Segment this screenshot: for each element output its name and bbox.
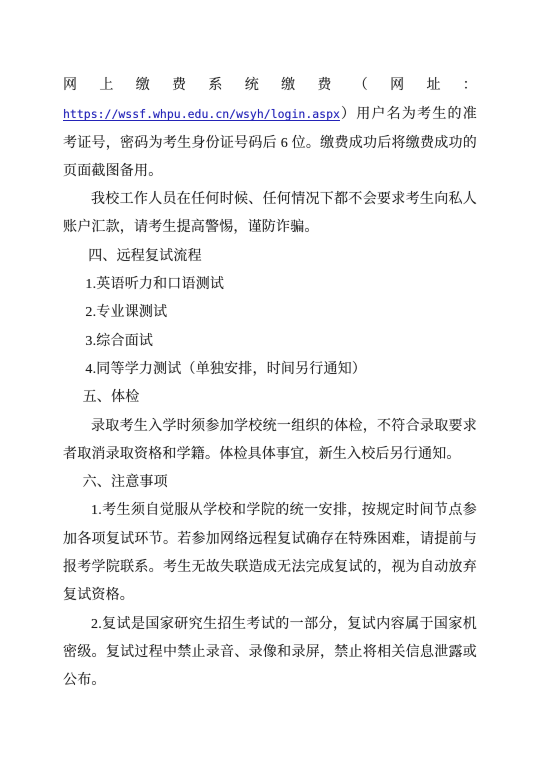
notes-item-1-paragraph: 1.考生须自觉服从学校和学院的统一安排，按规定时间节点参加各项复试环节。若参加网… [63,497,477,610]
document-body: 网上缴费系统缴费（网址：https://wssf.whpu.edu.cn/wsy… [63,72,477,696]
payment-paragraph-text-before-link: 网上缴费系统缴费（网址： [63,78,477,93]
section-5-heading: 五、体检 [63,384,477,412]
remote-interview-step-2: 2.专业课测试 [63,299,477,327]
notes-item-2-paragraph: 2.复试是国家研究生招生考试的一部分，复试内容属于国家机密级。复试过程中禁止录音… [63,611,477,696]
payment-instructions-paragraph: 网上缴费系统缴费（网址：https://wssf.whpu.edu.cn/wsy… [63,72,477,186]
remote-interview-step-1: 1.英语听力和口语测试 [63,271,477,299]
remote-interview-step-4: 4.同等学力测试（单独安排，时间另行通知） [63,356,477,384]
remote-interview-step-3: 3.综合面试 [63,328,477,356]
section-4-heading: 四、远程复试流程 [63,243,477,271]
fraud-warning-paragraph: 我校工作人员在任何时候、任何情况下都不会要求考生向私人账户汇款，请考生提高警惕，… [63,186,477,243]
physical-exam-paragraph: 录取考生入学时须参加学校统一组织的体检，不符合录取要求者取消录取资格和学籍。体检… [63,413,477,470]
section-6-heading: 六、注意事项 [63,469,477,497]
payment-system-url-link[interactable]: https://wssf.whpu.edu.cn/wsyh/login.aspx [63,107,340,121]
document-page: 网上缴费系统缴费（网址：https://wssf.whpu.edu.cn/wsy… [0,0,543,768]
